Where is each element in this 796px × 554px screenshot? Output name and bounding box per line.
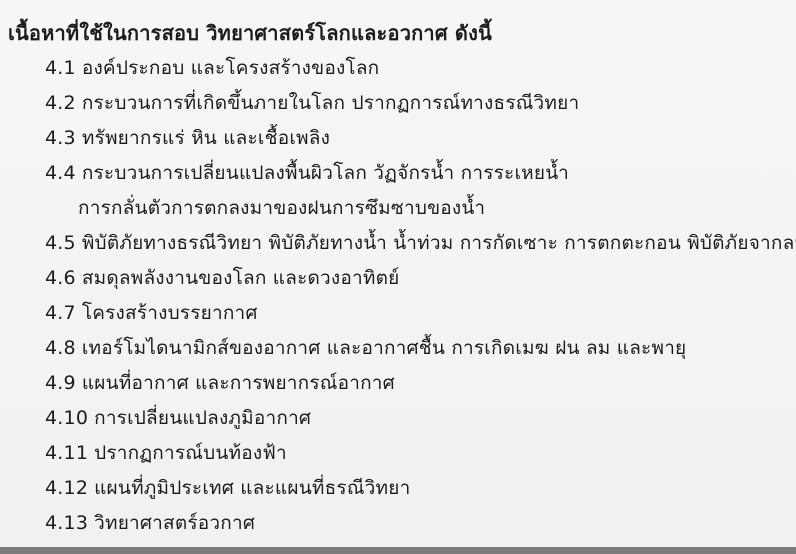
list-item: 4.6สมดุลพลังงานของโลก และดวงอาทิตย์ <box>45 261 796 296</box>
list-item: 4.8เทอร์โมไดนามิกส์ของอากาศ และอากาศชื้น… <box>45 331 796 366</box>
item-text: การเปลี่ยนแปลงภูมิอากาศ <box>94 407 311 429</box>
list-item: 4.1องค์ประกอบ และโครงสร้างของโลก <box>45 51 796 86</box>
item-number: 4.6 <box>45 261 76 296</box>
item-text: สมดุลพลังงานของโลก และดวงอาทิตย์ <box>82 267 400 289</box>
item-text: กระบวนการเปลี่ยนแปลงพื้นผิวโลก วัฏจักรน้… <box>82 162 569 184</box>
item-number: 4.9 <box>45 366 76 401</box>
item-number: 4.7 <box>45 296 76 331</box>
item-text: พิบัติภัยทางธรณีวิทยา พิบัติภัยทางน้ำ น้… <box>82 232 796 254</box>
scanner-edge-strip <box>0 547 796 554</box>
list-item: 4.13วิทยาศาสตร์อวกาศ <box>45 506 796 541</box>
item-text: การกลั่นตัวการตกลงมาของฝนการซึมซาบของน้ำ <box>78 197 485 219</box>
list-item: 4.4กระบวนการเปลี่ยนแปลงพื้นผิวโลก วัฏจัก… <box>45 156 796 191</box>
item-text: วิทยาศาสตร์อวกาศ <box>94 512 255 534</box>
list-item: 4.3ทรัพยากรแร่ หิน และเชื้อเพลิง <box>45 121 796 156</box>
item-number: 4.4 <box>45 156 76 191</box>
item-text: ปรากฏการณ์บนท้องฟ้า <box>94 442 287 464</box>
list-item: 4.5พิบัติภัยทางธรณีวิทยา พิบัติภัยทางน้ำ… <box>45 226 796 261</box>
list-item: 4.11ปรากฏการณ์บนท้องฟ้า <box>45 436 796 471</box>
list-item: 4.10การเปลี่ยนแปลงภูมิอากาศ <box>45 401 796 436</box>
item-number: 4.3 <box>45 121 76 156</box>
item-number: 4.5 <box>45 226 76 261</box>
scanned-document-page: เนื้อหาที่ใช้ในการสอบ วิทยาศาสตร์โลกและอ… <box>0 0 796 554</box>
list-item: 4.2กระบวนการที่เกิดขึ้นภายในโลก ปรากฏการ… <box>45 86 796 121</box>
item-number: 4.13 <box>45 506 88 541</box>
document-body: เนื้อหาที่ใช้ในการสอบ วิทยาศาสตร์โลกและอ… <box>0 0 796 541</box>
item-number: 4.12 <box>45 471 88 506</box>
list-item: 4.9แผนที่อากาศ และการพยากรณ์อากาศ <box>45 366 796 401</box>
page-title: เนื้อหาที่ใช้ในการสอบ วิทยาศาสตร์โลกและอ… <box>8 16 796 51</box>
item-number: 4.8 <box>45 331 76 366</box>
list-item-continuation: การกลั่นตัวการตกลงมาของฝนการซึมซาบของน้ำ <box>78 191 796 226</box>
item-text: ทรัพยากรแร่ หิน และเชื้อเพลิง <box>82 127 330 149</box>
item-text: องค์ประกอบ และโครงสร้างของโลก <box>82 57 380 79</box>
item-text: แผนที่ภูมิประเทศ และแผนที่ธรณีวิทยา <box>94 477 410 499</box>
item-number: 4.11 <box>45 436 88 471</box>
list-item: 4.7โครงสร้างบรรยากาศ <box>45 296 796 331</box>
item-number: 4.2 <box>45 86 76 121</box>
item-text: แผนที่อากาศ และการพยากรณ์อากาศ <box>82 372 395 394</box>
item-text: กระบวนการที่เกิดขึ้นภายในโลก ปรากฏการณ์ท… <box>82 92 580 114</box>
item-text: เทอร์โมไดนามิกส์ของอากาศ และอากาศชื้น กา… <box>82 337 687 359</box>
item-number: 4.10 <box>45 401 88 436</box>
item-text: โครงสร้างบรรยากาศ <box>82 302 258 324</box>
item-number: 4.1 <box>45 51 76 86</box>
list-item: 4.12แผนที่ภูมิประเทศ และแผนที่ธรณีวิทยา <box>45 471 796 506</box>
